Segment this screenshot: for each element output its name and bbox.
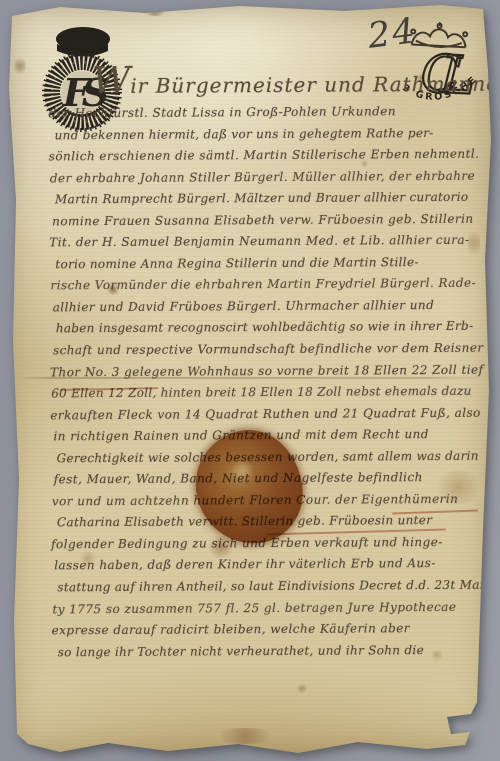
document-paper: FS 24 CL 3 GROSCHEN bbox=[0, 0, 500, 761]
paper-shadow-wrap: FS 24 CL 3 GROSCHEN bbox=[0, 0, 500, 761]
manuscript-line: und bekennen hiermit, daß vor uns in geh… bbox=[55, 122, 485, 146]
manuscript-line: allhier und David Früboes Bürgerl. Uhrma… bbox=[53, 295, 486, 319]
manuscript-line: so lange ihr Tochter nicht verheurathet,… bbox=[58, 639, 488, 663]
manuscript-line: der ehrbahre Johann Stiller Bürgerl. Mül… bbox=[50, 165, 485, 189]
manuscript-line: stattung auf ihren Antheil, so laut Eind… bbox=[57, 575, 487, 599]
manuscript-line: der Hochfürstl. Stadt Lissa in Groß-Pohl… bbox=[48, 101, 484, 125]
manuscript-line: schaft und respective Vormundschaft befi… bbox=[53, 338, 486, 362]
manuscript-line: Wir Bürgermeister und Rathmanne bbox=[92, 59, 484, 103]
manuscript-line: Thor No. 3 gelegene Wohnhaus so vorne br… bbox=[50, 359, 486, 383]
age-spot bbox=[14, 56, 26, 76]
manuscript-line: Martin Rumprecht Bürgerl. Mältzer und Br… bbox=[55, 187, 485, 211]
manuscript-line: torio nomine Anna Regina Stillerin und d… bbox=[55, 251, 485, 275]
manuscript-line: lassen haben, daß deren Kinder ihr väter… bbox=[54, 553, 487, 577]
manuscript-line: 60 Ellen 12 Zoll, hinten breit 18 Ellen … bbox=[51, 381, 486, 405]
manuscript-line: sönlich erschienen die sämtl. Martin Sti… bbox=[49, 144, 485, 168]
manuscript-line: expresse darauf radicirt bleiben, welche… bbox=[52, 618, 488, 642]
fold-crease bbox=[14, 377, 484, 379]
wax-seal-stain-tail bbox=[206, 536, 236, 558]
photograph-background: FS 24 CL 3 GROSCHEN bbox=[0, 0, 500, 761]
manuscript-line: rische Vormünder die ehrbahren Martin Fr… bbox=[50, 273, 485, 297]
age-spot bbox=[210, 728, 280, 744]
manuscript-line: erkauften Fleck von 14 Quadrat Ruthen un… bbox=[50, 402, 486, 426]
manuscript-body: Wir Bürgermeister und Rathmanne der Hoch… bbox=[48, 59, 488, 664]
manuscript-line: ty 1775 so zusammen 757 fl. 25 gl. betra… bbox=[52, 596, 487, 620]
manuscript-line: nomine Frauen Susanna Elisabeth verw. Fr… bbox=[52, 208, 485, 232]
age-spot bbox=[296, 684, 308, 693]
manuscript-line: haben insgesamt recognoscirt wohlbedächt… bbox=[56, 316, 486, 340]
age-spot bbox=[142, 6, 168, 16]
manuscript-line: Tit. der H. Samuel Benjamin Neumann Med.… bbox=[49, 230, 485, 254]
